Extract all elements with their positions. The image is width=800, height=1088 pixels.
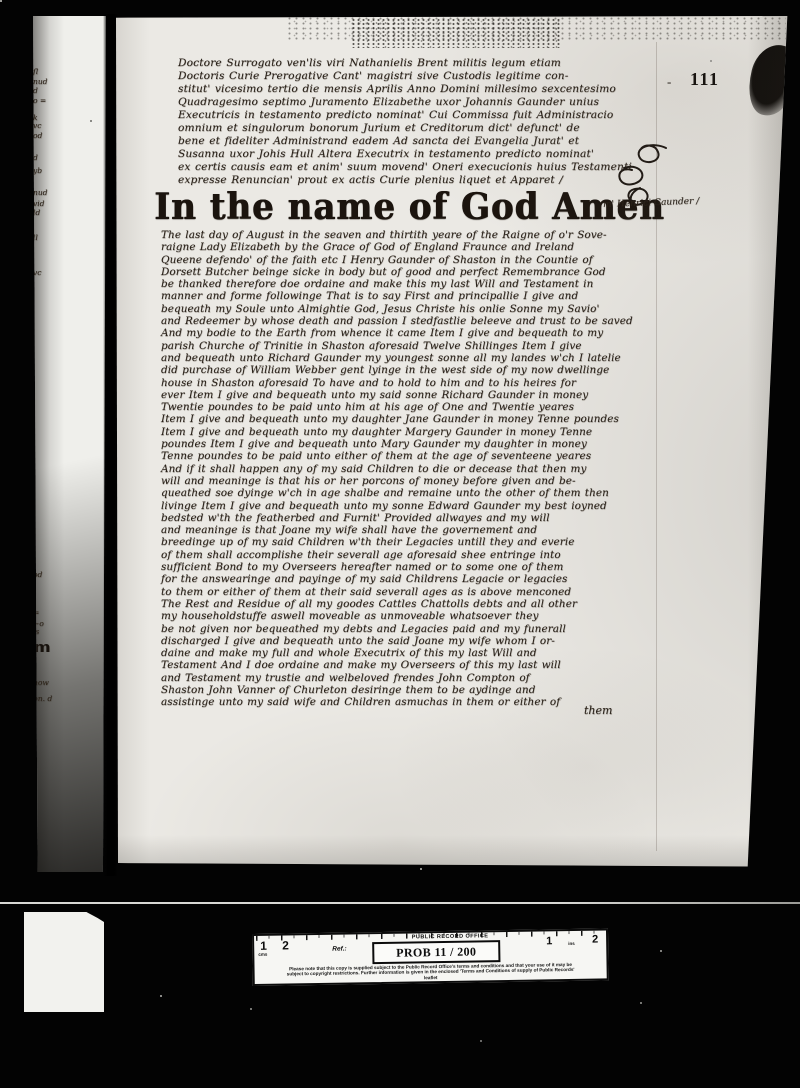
next-frame-page-edge bbox=[24, 912, 104, 1012]
folio-dash: - bbox=[667, 74, 671, 90]
film-frame-line bbox=[0, 902, 800, 904]
handwriting-fragment: d bbox=[33, 154, 73, 162]
ref-label: Ref.: bbox=[332, 946, 347, 953]
handwriting-fragment: nud bbox=[33, 78, 73, 86]
inch-ruler-number: 2 bbox=[592, 934, 598, 946]
handwriting-fragment: ll bbox=[33, 234, 73, 242]
catchword: them bbox=[584, 704, 612, 717]
binding-gutter bbox=[103, 14, 118, 876]
handwriting-fragment: ſl bbox=[33, 68, 73, 76]
reference-box: PROB 11 / 200 bbox=[372, 940, 500, 964]
probate-act-latin: Doctore Surrogato ven'lis viri Nathaniel… bbox=[178, 57, 664, 187]
handwriting-fragment: l bbox=[33, 592, 73, 600]
page-speckle bbox=[351, 18, 561, 48]
ink-stain bbox=[742, 40, 800, 121]
handwriting-fragment: bn. d bbox=[33, 695, 73, 703]
handwriting-fragment: m bbox=[33, 644, 73, 652]
cm-unit-label: cms bbox=[258, 952, 267, 957]
cm-ruler-number: 1 bbox=[260, 939, 267, 953]
handwriting-fragment: now bbox=[33, 679, 73, 687]
will-body-text: The last day of August in the seaven and… bbox=[161, 229, 661, 709]
pro-reference-label: 1 cms 2 Ref.: PUBLIC RECORD OFFICE PROB … bbox=[252, 928, 609, 986]
page-speckle bbox=[286, 16, 786, 40]
film-dust bbox=[0, 0, 2, 2]
handwriting-fragment: od bbox=[33, 132, 73, 140]
cm-ruler-number: 2 bbox=[282, 938, 289, 952]
inch-unit-label: ins bbox=[568, 941, 575, 946]
handwriting-fragment: = bbox=[33, 609, 73, 617]
microfilm-scan-frame: ſlnuddo =kvcoddybnudvidldllvcodl=~olsmno… bbox=[0, 0, 800, 1088]
copyright-notice: Please note that this copy is supplied s… bbox=[259, 961, 603, 983]
manuscript-page: - 111 Doctore Surrogato ven'lis viri Nat… bbox=[116, 16, 788, 869]
handwriting-fragment: ld bbox=[33, 209, 73, 217]
handwriting-fragment: ls bbox=[33, 628, 73, 636]
handwriting-fragment: ~o bbox=[33, 620, 73, 628]
handwriting-fragment: o = bbox=[33, 97, 73, 105]
inch-ruler-number: 1 bbox=[546, 935, 552, 947]
handwriting-fragment: d bbox=[33, 87, 73, 95]
handwriting-fragment: vid bbox=[33, 200, 73, 208]
handwriting-fragment: k bbox=[33, 114, 73, 122]
reference-number: PROB 11 / 200 bbox=[396, 944, 476, 960]
adjacent-page-edge: ſlnuddo =kvcoddybnudvidldllvcodl=~olsmno… bbox=[30, 16, 106, 872]
handwriting-fragment: od bbox=[33, 571, 73, 579]
handwriting-fragment: nud bbox=[33, 189, 73, 197]
handwriting-fragment: yb bbox=[33, 167, 73, 175]
handwriting-fragment: vc bbox=[33, 122, 73, 130]
folio-number: 111 bbox=[690, 69, 720, 90]
handwriting-fragment: vc bbox=[33, 269, 73, 277]
